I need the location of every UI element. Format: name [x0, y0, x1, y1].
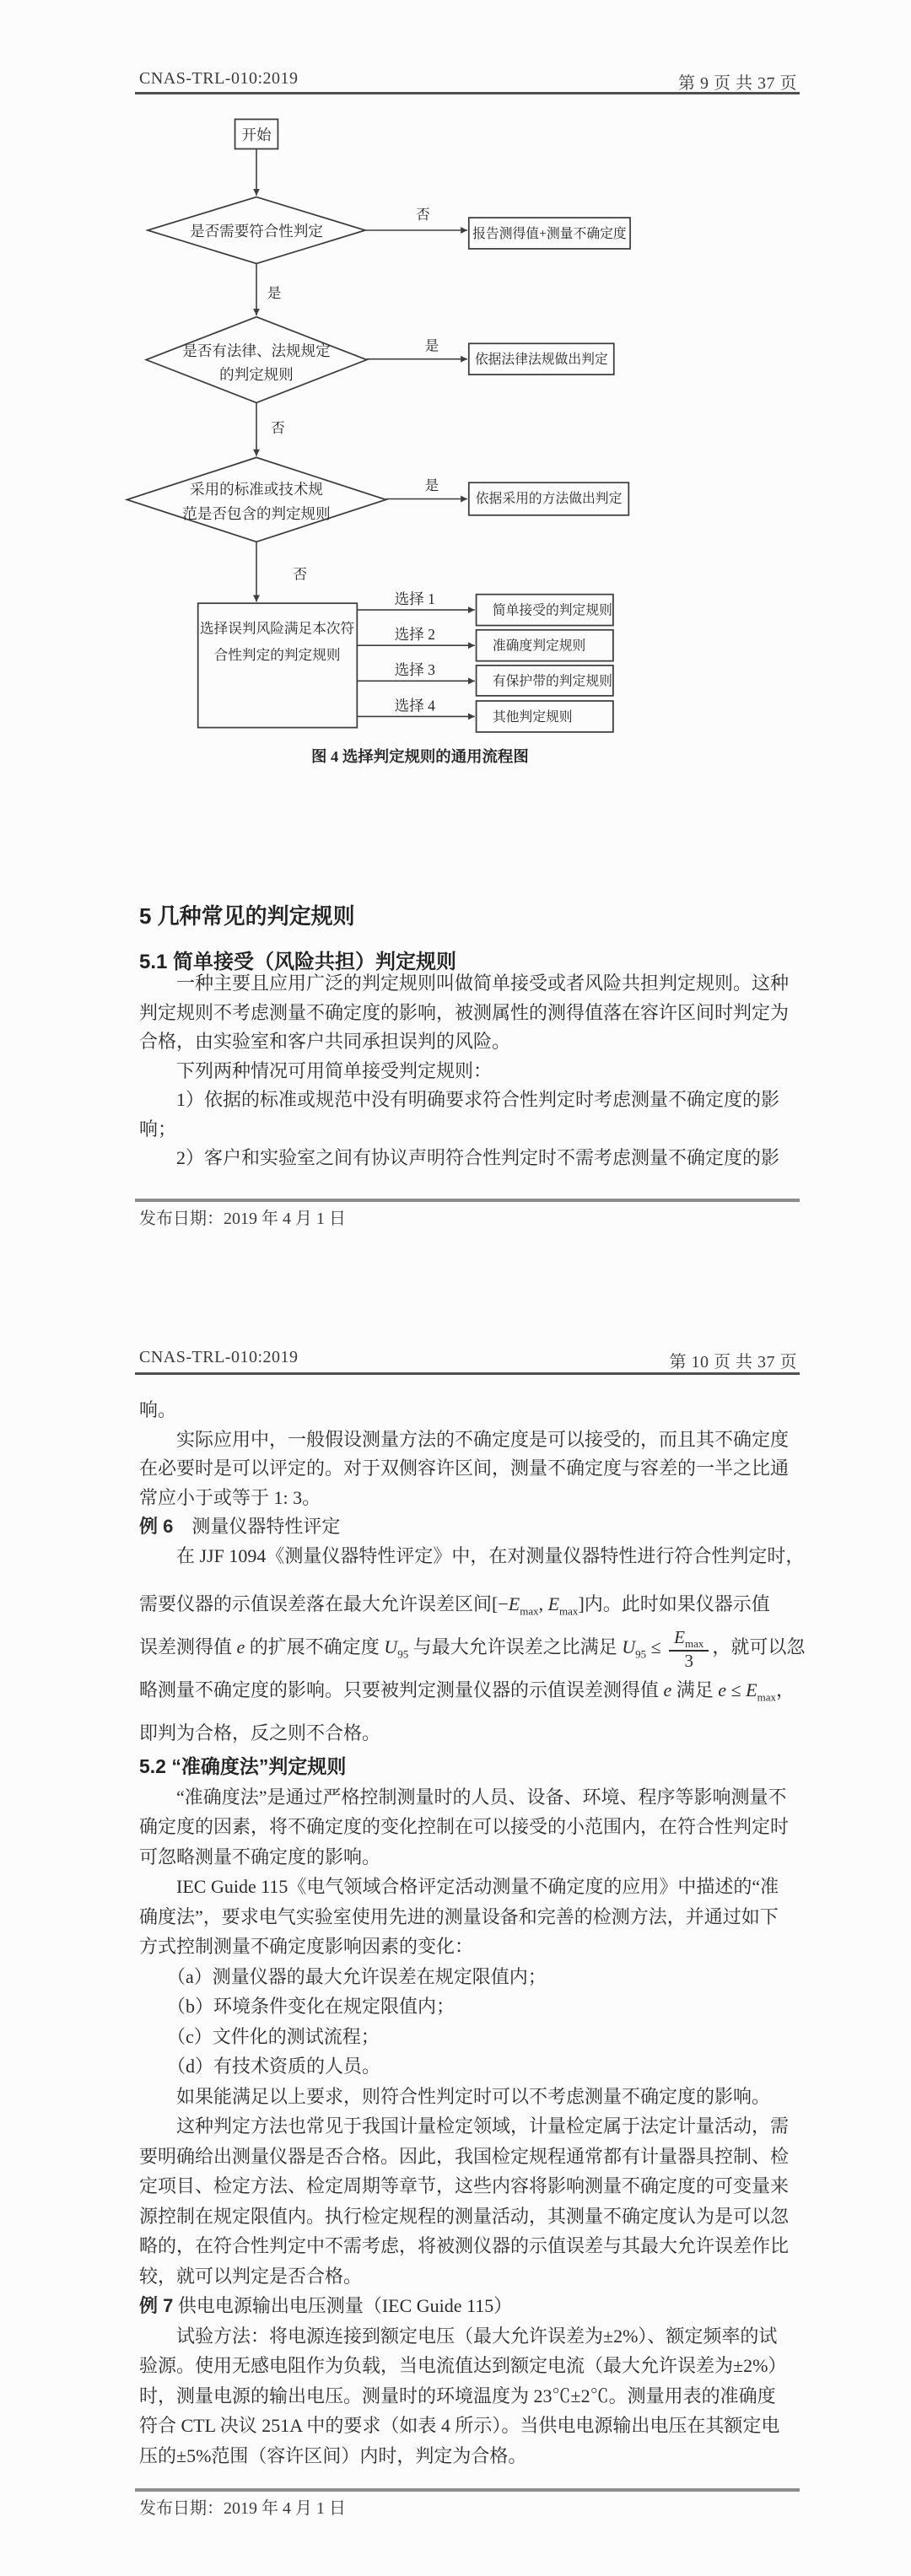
text-line: 时，测量电源的输出电压。测量时的环境温度为 23℃±2℃。测量用表的准确度: [139, 2381, 806, 2412]
text-line: 较，就可以判定是否合格。: [139, 2261, 806, 2292]
text-line: 例 7 供电电源输出电压测量（IEC Guide 115）: [139, 2291, 806, 2321]
text-line: （d）有技术资质的人员。: [139, 2051, 806, 2082]
choice4-box-label: 其他判定规则: [493, 709, 573, 725]
no-label-2: 否: [271, 420, 285, 436]
text-line: 确定度的因素，将不确定度的变化控制在可以接受的小范围内，在符合性判定时: [139, 1812, 806, 1842]
text-line: 方式控制测量不确定度影响因素的变化：: [139, 1932, 806, 1962]
page2-header: CNAS-TRL-010:2019 第 10 页 共 37 页: [139, 1348, 797, 1372]
page2-text-block-a: 响。 实际应用中，一般假设测量方法的不确定度是可以接受的，而且其不确定度在必要时…: [139, 1396, 806, 1571]
text-line: 5.2 “准确度法”判定规则: [139, 1752, 806, 1782]
text-line: 略的，在符合性判定中不需考虑，将被测仪器的示值误差与其最大允许误差作比: [139, 2231, 806, 2261]
text-line: 误差测得值 e 的扩展不确定度 U95 与最大允许误差之比满足 U95 ≤ Em…: [139, 1625, 806, 1668]
no-label-3: 否: [293, 566, 307, 582]
text-line: 在必要时是可以评定的。对于双侧容许区间，测量不确定度与容差的一半之比通: [139, 1454, 806, 1484]
text-line: IEC Guide 115《电气领域合格评定活动测量不确定度的应用》中描述的“准: [139, 1872, 806, 1902]
yes-label-2: 是: [425, 337, 439, 353]
text-line: （b）环境条件变化在规定限值内；: [139, 1991, 806, 2022]
figure4-flowchart: 开始 是否需要符合性判定 否 报告测得值+测量不确定度 是 是否有法律、法规规定…: [76, 110, 751, 894]
text-line: 实际应用中，一般假设测量方法的不确定度是可以接受的，而且其不确定度: [139, 1425, 806, 1455]
text-line: 例 6 测量仪器特性评定: [139, 1512, 806, 1542]
page1-footer: 发布日期：2019 年 4 月 1 日: [139, 1204, 346, 1229]
yes-label-1: 是: [267, 285, 282, 301]
text-line: 可忽略测量不确定度的影响。: [139, 1842, 806, 1873]
start-label: 开始: [241, 127, 272, 143]
page1-footer-rule: [135, 1199, 800, 1202]
text-line: 源控制在规定限值内。执行检定规程的测量活动，其测量不确定度认为是可以忽: [139, 2201, 806, 2232]
section-5-heading: 5 几种常见的判定规则: [139, 899, 355, 930]
text-line: 响。: [139, 1396, 806, 1425]
text-line: 响；: [139, 1115, 806, 1145]
page1-body-text: 一种主要且应用广泛的判定规则叫做简单接受或者风险共担判定规则。这种判定规则不考虑…: [139, 969, 806, 1173]
text-line: 下列两种情况可用简单接受判定规则：: [139, 1057, 806, 1086]
choice3-label: 选择 3: [395, 661, 435, 678]
choice3-box-label: 有保护带的判定规则: [493, 674, 612, 689]
risk-box-label-line2: 合性判定的判定规则: [214, 647, 341, 663]
text-line: （c）文件化的测试流程；: [139, 2022, 806, 2052]
decision1-label: 是否需要符合性判定: [190, 223, 323, 240]
page2-header-rule: [135, 1372, 800, 1375]
page-number: 第 9 页 共 37 页: [678, 69, 797, 94]
choice1-label: 选择 1: [395, 590, 435, 607]
page-number: 第 10 页 共 37 页: [670, 1348, 798, 1372]
figure4-caption: 图 4 选择判定规则的通用流程图: [311, 747, 529, 765]
text-line: 试验方法：将电源连接到额定电压（最大允许误差为±2%）、额定频率的试: [139, 2321, 806, 2352]
decision3-label-line1: 采用的标准或技术规: [190, 481, 323, 498]
choice1-box-label: 简单接受的判定规则: [493, 602, 612, 617]
doc-id: CNAS-TRL-010:2019: [139, 1348, 299, 1372]
page2-formula-block: 需要仪器的示值误差落在最大允许误差区间[−Emax, Emax]内。此时如果仪器…: [139, 1582, 806, 1754]
choice2-label: 选择 2: [395, 626, 435, 643]
text-line: 即判为合格，反之则不合格。: [139, 1711, 806, 1754]
text-line: 压的±5%范围（容许区间）内时，判定为合格。: [139, 2441, 806, 2471]
scanned-document: CNAS-TRL-010:2019 第 9 页 共 37 页 开始 是否需要符合…: [0, 0, 911, 2576]
decision-law-rule: [146, 317, 366, 403]
text-line: 验源。使用无感电阻作为负载，当电流值达到额定电流（最大允许误差为±2%）: [139, 2351, 806, 2381]
text-line: 2）客户和实验室之间有协议声明符合性判定时不需考虑测量不确定度的影: [139, 1144, 806, 1173]
text-line: 合格，由实验室和客户共同承担误判的风险。: [139, 1027, 806, 1057]
page2-footer: 发布日期：2019 年 4 月 1 日: [139, 2494, 346, 2519]
choice4-label: 选择 4: [395, 697, 435, 714]
risk-box-label-line1: 选择误判风险满足本次符: [200, 621, 355, 637]
law-box-label: 依据法律法规做出判定: [475, 352, 608, 367]
page1-header: CNAS-TRL-010:2019 第 9 页 共 37 页: [139, 69, 797, 94]
yes-label-3: 是: [425, 477, 439, 493]
text-line: 确度法”，要求电气实验室使用先进的测量设备和完善的检测方法，并通过如下: [139, 1902, 806, 1932]
page1-header-rule: [135, 92, 800, 94]
text-line: 这种判定方法也常见于我国计量检定领域，计量检定属于法定计量活动，需: [139, 2111, 806, 2142]
doc-id: CNAS-TRL-010:2019: [139, 69, 299, 94]
text-line: 判定规则不考虑测量不确定度的影响，被测属性的测得值落在容许区间时判定为: [139, 999, 806, 1028]
report-box-label: 报告测得值+测量不确定度: [472, 225, 627, 241]
decision-standard-rule: [127, 457, 385, 542]
method-box-label: 依据采用的方法做出判定: [476, 491, 623, 506]
text-line: 略测量不确定度的影响。只要被判定测量仪器的示值误差测得值 e 满足 e ≤ Em…: [139, 1668, 806, 1711]
text-line: 在 JJF 1094《测量仪器特性评定》中，在对测量仪器特性进行符合性判定时，: [139, 1542, 806, 1571]
text-line: 符合 CTL 决议 251A 中的要求（如表 4 所示）。当供电电源输出电压在其…: [139, 2411, 806, 2441]
decision2-label-line1: 是否有法律、法规规定: [182, 342, 330, 359]
choice2-box-label: 准确度判定规则: [493, 639, 585, 654]
text-line: 需要仪器的示值误差落在最大允许误差区间[−Emax, Emax]内。此时如果仪器…: [139, 1582, 806, 1625]
decision2-label-line2: 的判定规则: [219, 366, 294, 383]
text-line: （a）测量仪器的最大允许误差在规定限值内；: [139, 1962, 806, 1992]
text-line: 常应小于或等于 1: 3。: [139, 1484, 806, 1513]
page2-text-block-c: 5.2 “准确度法”判定规则 “准确度法”是通过严格控制测量时的人员、设备、环境…: [139, 1752, 806, 2471]
text-line: 如果能满足以上要求，则符合性判定时可以不考虑测量不确定度的影响。: [139, 2082, 806, 2112]
text-line: 定项目、检定方法、检定周期等章节，这些内容将影响测量不确定度的可变量来: [139, 2171, 806, 2201]
no-label-1: 否: [416, 207, 430, 223]
text-line: 1）依据的标准或规范中没有明确要求符合性判定时考虑测量不确定度的影: [139, 1086, 806, 1115]
text-line: “准确度法”是通过严格控制测量时的人员、设备、环境、程序等影响测量不: [139, 1782, 806, 1813]
decision3-label-line2: 范是否包含的判定规则: [182, 505, 330, 522]
page2-footer-rule: [135, 2488, 800, 2492]
text-line: 要明确给出测量仪器是否合格。因此，我国检定规程通常都有计量器具控制、检: [139, 2142, 806, 2172]
text-line: 一种主要且应用广泛的判定规则叫做简单接受或者风险共担判定规则。这种: [139, 969, 806, 999]
